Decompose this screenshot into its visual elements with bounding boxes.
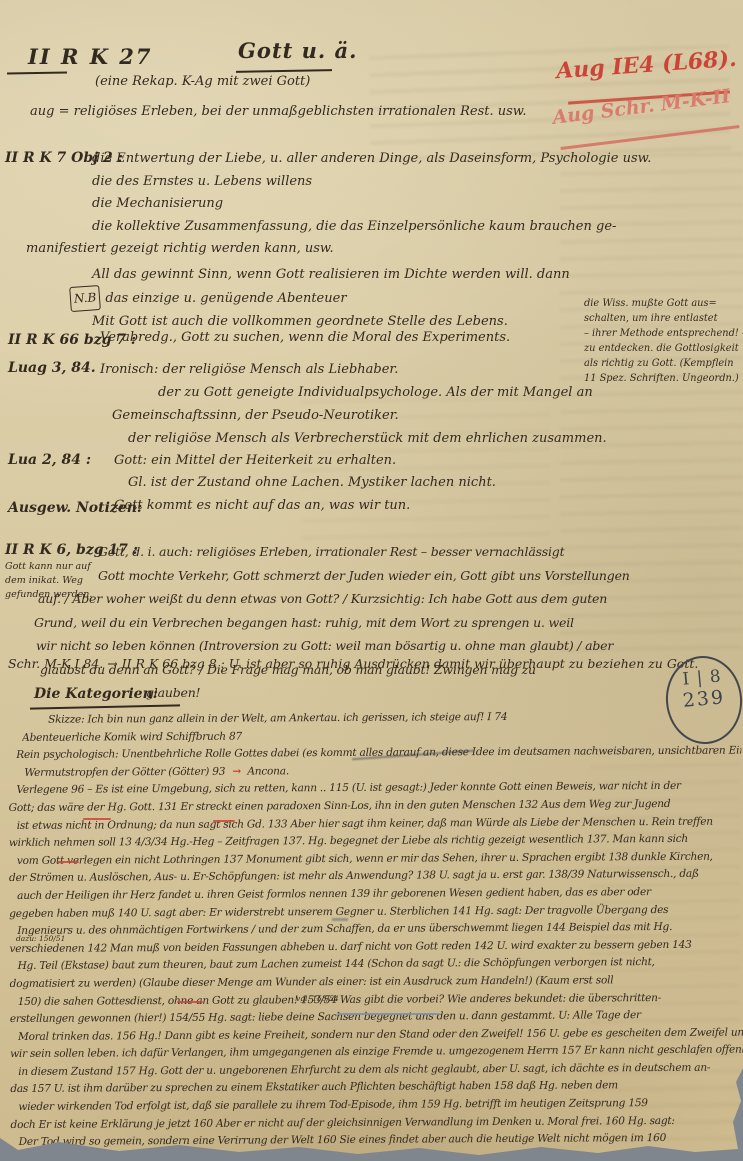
handwritten-line: die kollektive Zusammenfassung, die das … — [92, 216, 651, 239]
handwritten-line: Der Tod wird so gemein, sondern eine Ver… — [19, 1130, 743, 1152]
document-reference: II R K 27 — [28, 44, 153, 69]
handwritten-line: Gemeinschaftssinn, der Pseudo-Neurotiker… — [112, 404, 607, 427]
handwritten-line: glauben! — [146, 681, 630, 705]
handwritten-line: gefunden werden. — [5, 588, 97, 602]
interlinear-insert: dazu: 150/51 — [16, 934, 65, 943]
handwritten-line: wir nicht so leben können (Introversion … — [36, 634, 630, 658]
handwritten-line: zu entdecken. die Gottlosigkeit — [584, 341, 740, 356]
handwritten-line: Gott kann nur auf — [5, 560, 97, 574]
underline-stroke — [7, 71, 67, 74]
underline-stroke — [30, 704, 180, 709]
margin-note-left: Gott kann nur aufdem inikat. Weggefunden… — [5, 560, 97, 602]
handwritten-line: Ironisch: der religiöse Mensch als Liebh… — [100, 358, 607, 381]
handwritten-line: manifestiert gezeigt richtig werden kann… — [26, 238, 651, 261]
section-body: Ironisch: der religiöse Mensch als Liebh… — [100, 358, 607, 450]
handwritten-line: Grund, weil du ein Verbrechen begangen h… — [34, 611, 630, 635]
section-label: Lua 2, 84 : — [8, 452, 91, 468]
handwritten-line: der religiöse Mensch als Verbrecherstück… — [128, 427, 607, 450]
handwritten-line: N.Bdas einzige u. genügende Abenteuer — [70, 286, 651, 311]
section-body-line: Gott kommt es nicht auf das an, was wir … — [114, 498, 410, 513]
page-subtitle: (eine Rekap. K-Ag mit zwei Gott) — [95, 74, 310, 89]
kategorien-heading: Die Kategorien: — [34, 686, 158, 702]
handwritten-line: die des Ernstes u. Lebens willens — [92, 171, 651, 194]
underline-stroke — [236, 69, 332, 72]
handwritten-line: dem inikat. Weg — [5, 574, 97, 588]
section-body: die Entwertung der Liebe, u. aller ander… — [92, 148, 651, 333]
handwritten-line: auf. / Aber woher weißt du denn etwas vo… — [38, 587, 630, 611]
red-archive-annotation: Aug Schr. M-K-II — [551, 85, 731, 129]
interlinear-insert: vgl. 153/54 — [296, 994, 339, 1003]
definition-line: aug = religiöses Erleben, bei der unmaßg… — [30, 104, 527, 119]
red-archive-annotation: Aug IE4 (L68). — [555, 46, 737, 85]
margin-note-right: die Wiss. mußte Gott aus=schalten, um ih… — [584, 296, 740, 386]
handwritten-line: der zu Gott geneigte Individualpsycholog… — [158, 381, 607, 404]
manuscript-page: II R K 27 Gott u. ä. (eine Rekap. K-Ag m… — [0, 0, 743, 1161]
page-title: Gott u. ä. — [238, 38, 357, 63]
handwritten-line: Gott mochte Verkehr, Gott schmerzt der J… — [98, 564, 630, 588]
boxed-marker: N.B — [69, 285, 101, 312]
handwritten-line: schalten, um ihre entlastet — [584, 311, 740, 326]
pencil-smudge — [332, 918, 348, 921]
cross-reference-line: Schr. M-K I 84. → II R K 66 bzg 8 : U. i… — [8, 656, 698, 671]
handwritten-line: All das gewinnt Sinn, wenn Gott realisie… — [92, 264, 651, 287]
red-arrow-icon: → — [228, 765, 244, 777]
section-body: Gott: ein Mittel der Heiterkeit zu erhal… — [114, 450, 496, 494]
section-body-line: Verabredg., Gott zu suchen, wenn die Mor… — [100, 330, 510, 345]
handwritten-line: die Wiss. mußte Gott aus= — [584, 296, 740, 311]
section-label: Luag 3, 84. — [8, 360, 96, 376]
handwritten-line: Gl. ist der Zustand ohne Lachen. Mystike… — [128, 472, 496, 494]
handwritten-line: die Entwertung der Liebe, u. aller ander… — [92, 148, 651, 171]
handwritten-line: – ihrer Methode entsprechend! – — [584, 326, 740, 341]
handwritten-line: 11 Spez. Schriften. Ungeordn.) — [584, 371, 740, 386]
kategorien-index-block: Skizze: Ich bin nun ganz allein in der W… — [8, 708, 743, 1152]
red-underline-stroke — [560, 125, 739, 150]
handwritten-line: Gott: ein Mittel der Heiterkeit zu erhal… — [114, 450, 496, 472]
handwritten-line: die Mechanisierung — [92, 193, 651, 216]
handwritten-line: als richtig zu Gott. (Kempflein — [584, 356, 740, 371]
handwritten-line: Gott, d. i. auch: religiöses Erleben, ir… — [98, 540, 630, 564]
section-body: Gott, d. i. auch: religiöses Erleben, ir… — [98, 540, 630, 705]
